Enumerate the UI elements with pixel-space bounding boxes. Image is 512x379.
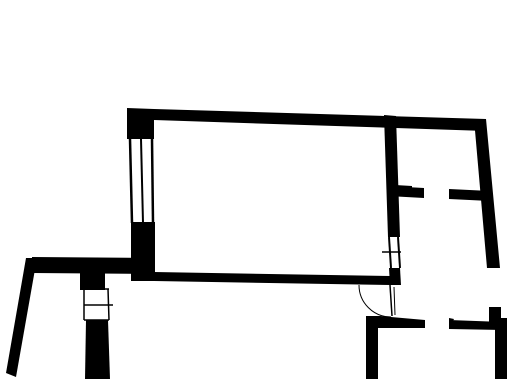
wall-corner-top-left: [127, 108, 154, 139]
floor-plan: [0, 0, 512, 379]
wall-middle-vertical: [384, 115, 400, 237]
wall-top: [154, 109, 486, 131]
door-leaf-line-a: [390, 285, 392, 316]
window-upper-left-line-a: [130, 139, 132, 223]
window-upper-left-line-b: [141, 139, 143, 223]
wall-inner-upper-left-jamb: [395, 185, 412, 191]
wall-diagonal-left: [6, 258, 37, 377]
floor-plan-svg: [0, 0, 512, 379]
wall-left-column: [80, 271, 105, 290]
wall-right-lower: [495, 318, 507, 379]
window-upper-left-line-c: [152, 139, 153, 223]
wall-lower-room-top-left: [366, 316, 425, 328]
wall-bottom-main: [154, 272, 391, 285]
door-swing-arc: [359, 285, 391, 317]
wall-inner-upper-right: [449, 189, 490, 201]
door-leaf-line-b: [394, 287, 395, 315]
wall-left-lower: [85, 320, 110, 379]
window-lower-left-edge-r: [108, 289, 109, 320]
